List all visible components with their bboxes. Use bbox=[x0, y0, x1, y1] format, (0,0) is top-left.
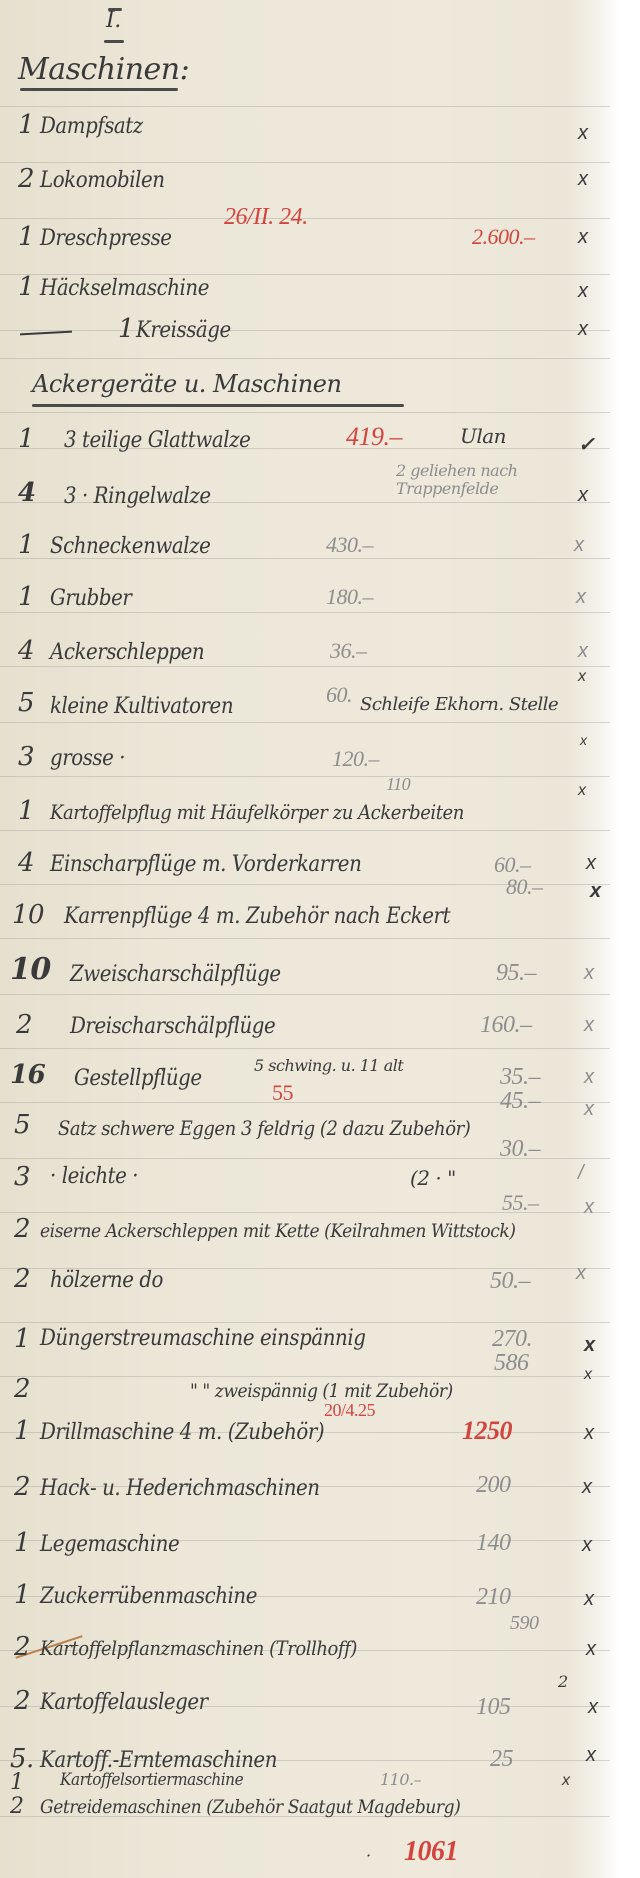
item-description: Kartoffelausleger bbox=[40, 1690, 208, 1715]
item-qty: 1 bbox=[18, 222, 34, 252]
item-description: Ackerschleppen bbox=[50, 640, 204, 665]
item-description: Kartoffelsortiermaschine bbox=[60, 1770, 243, 1790]
item-qty: 2 bbox=[18, 164, 34, 194]
item-qty: 2 bbox=[10, 1794, 24, 1819]
check-mark-icon: x bbox=[582, 1534, 592, 1557]
item-description: Dreischarschälpflüge bbox=[70, 1014, 275, 1039]
item-price: 419.– bbox=[346, 422, 402, 452]
check-mark-icon: x bbox=[574, 534, 584, 557]
item-description: Lokomobilen bbox=[40, 168, 165, 193]
item-date-annotation: 26/II. 24. bbox=[224, 204, 308, 231]
check-mark-icon: x bbox=[588, 1696, 598, 1719]
item-description: Legemaschine bbox=[40, 1532, 179, 1557]
check-mark-icon: x bbox=[578, 782, 586, 800]
item-qty: 4 bbox=[18, 848, 34, 878]
check-mark-icon: x bbox=[578, 318, 588, 341]
item-qty: 1 bbox=[18, 424, 34, 454]
item-price: 210 bbox=[476, 1584, 511, 1611]
check-mark-icon: x bbox=[584, 1588, 594, 1611]
check-mark-icon: / bbox=[578, 1162, 583, 1185]
item-description: · leichte · bbox=[50, 1164, 138, 1189]
check-mark-icon: x bbox=[584, 1422, 594, 1445]
item-description: Grubber bbox=[50, 586, 131, 611]
item-qty: 2 bbox=[14, 1472, 30, 1502]
item-description: " " zweispännig (1 mit Zubehör) bbox=[190, 1380, 453, 1402]
check-mark-icon: x bbox=[578, 122, 588, 145]
item-price: 110 bbox=[386, 774, 410, 795]
check-mark-icon: x bbox=[578, 484, 588, 507]
check-mark-icon: x bbox=[578, 226, 588, 249]
item-price: 110.– bbox=[380, 1770, 421, 1789]
item-qty: 1 bbox=[18, 110, 34, 140]
item-qty: 4 bbox=[18, 636, 34, 666]
item-price: 590 bbox=[510, 1612, 539, 1635]
check-mark-icon: x bbox=[584, 1366, 592, 1384]
item-description: Gestellpflüge bbox=[74, 1066, 202, 1091]
item-description: Kartoffelpflug mit Häufelkörper zu Acker… bbox=[50, 800, 464, 824]
item-price: 2.600.– bbox=[472, 224, 535, 250]
item-qty: 16 bbox=[10, 1060, 45, 1090]
item-description: Kartoffelpflanzmaschinen (Trollhoff) bbox=[40, 1636, 357, 1660]
check-mark-icon: x bbox=[578, 668, 586, 686]
check-mark-icon: x bbox=[576, 1262, 586, 1285]
item-description: Dampfsatz bbox=[40, 114, 143, 139]
page-number: I. bbox=[106, 8, 121, 33]
item-qty: 2 bbox=[16, 1010, 32, 1040]
item-description: Zuckerrübenmaschine bbox=[40, 1584, 257, 1609]
item-description: kleine Kultivatoren bbox=[50, 694, 233, 719]
item-price: 80.– bbox=[506, 874, 543, 900]
check-mark-icon: x bbox=[580, 732, 587, 748]
check-mark-icon: x bbox=[584, 962, 594, 985]
item-price: 120.– bbox=[332, 746, 379, 772]
check-mark-icon: x bbox=[586, 1638, 596, 1661]
check-mark-icon: x bbox=[584, 1098, 594, 1121]
item-annotation: 2 geliehen nach Trappenfelde bbox=[396, 462, 572, 498]
item-date-annotation: 20/4.25 bbox=[324, 1400, 375, 1421]
item-price: 55.– bbox=[502, 1190, 539, 1216]
item-description: Schneckenwalze bbox=[50, 534, 210, 559]
item-price: 30.– bbox=[500, 1136, 540, 1163]
item-description: 3 · Ringelwalze bbox=[64, 484, 211, 509]
item-description: 3 teilige Glattwalze bbox=[64, 428, 250, 453]
item-qty: 10 bbox=[12, 900, 44, 930]
check-mark-icon: x bbox=[584, 1066, 594, 1089]
item-qty: 1 bbox=[14, 1416, 30, 1446]
item-price: 25 bbox=[490, 1746, 513, 1773]
check-mark-icon: x bbox=[584, 1196, 594, 1219]
dot-mark: · bbox=[366, 1846, 371, 1865]
item-price: 35.– bbox=[500, 1064, 540, 1091]
item-price: 270. bbox=[492, 1326, 532, 1353]
item-price: 200 bbox=[476, 1472, 511, 1499]
item-description: Getreidemaschinen (Zubehör Saatgut Magde… bbox=[40, 1796, 460, 1818]
item-qty: 5 bbox=[14, 1110, 30, 1140]
item-qty: 2 bbox=[14, 1686, 30, 1716]
check-mark-icon: x bbox=[578, 168, 588, 191]
item-qty: 1 bbox=[14, 1580, 30, 1610]
item-description: Hack- u. Hederichmaschinen bbox=[40, 1476, 320, 1501]
item-red-annotation: 55 bbox=[272, 1080, 293, 1106]
check-mark-icon: x bbox=[586, 852, 596, 875]
item-qty: 2 bbox=[14, 1214, 30, 1244]
item-description: Karrenpflüge 4 m. Zubehör nach Eckert bbox=[64, 904, 450, 929]
item-description: Zweischarschälpflüge bbox=[70, 962, 281, 987]
item-annotation: Ulan bbox=[460, 424, 506, 448]
item-description: Dreschpresse bbox=[40, 226, 172, 251]
item-qty: 2 bbox=[14, 1632, 30, 1662]
section-heading-machines: Maschinen: bbox=[18, 52, 189, 87]
item-price: 430.– bbox=[326, 532, 373, 558]
item-qty: 4 bbox=[18, 478, 36, 508]
item-annotation: 2 bbox=[558, 1672, 568, 1691]
item-qty: 1 bbox=[18, 796, 34, 826]
item-price: 45.– bbox=[500, 1088, 540, 1115]
item-qty: 3 bbox=[14, 1162, 30, 1192]
check-mark-icon: x bbox=[562, 1772, 570, 1790]
item-annotation: 5 schwing. u. 11 alt bbox=[254, 1056, 403, 1075]
item-description: eiserne Ackerschleppen mit Kette (Keilra… bbox=[40, 1220, 515, 1242]
section-heading-implements: Ackergeräte u. Maschinen bbox=[32, 370, 341, 398]
item-description: Einscharpflüge m. Vorderkarren bbox=[50, 852, 361, 877]
check-mark-icon: x bbox=[578, 640, 588, 663]
item-qty: 1 bbox=[18, 530, 34, 560]
check-mark-icon: x bbox=[586, 1744, 596, 1767]
item-description: Satz schwere Eggen 3 feldrig (2 dazu Zub… bbox=[58, 1116, 470, 1140]
check-mark-icon: ✓ bbox=[578, 432, 594, 457]
check-mark-icon: x bbox=[584, 1334, 595, 1357]
item-price: 160.– bbox=[480, 1012, 532, 1039]
item-qty: 1 bbox=[14, 1324, 30, 1354]
item-price: 140 bbox=[476, 1530, 511, 1557]
strikethrough-mark bbox=[20, 331, 72, 336]
document-page: I. Maschinen: 1 Dampfsatz x 2 Lokomobile… bbox=[0, 0, 618, 1878]
check-mark-icon: x bbox=[582, 1476, 592, 1499]
item-qty: 1 bbox=[10, 1770, 24, 1795]
item-price: 36.– bbox=[330, 638, 367, 664]
item-qty: 1 bbox=[14, 1528, 30, 1558]
item-price: 180.– bbox=[326, 584, 373, 610]
item-qty: 1 bbox=[118, 314, 134, 344]
total-sum: 1061 bbox=[404, 1836, 458, 1868]
check-mark-icon: x bbox=[576, 586, 586, 609]
item-qty: 2 bbox=[14, 1264, 30, 1294]
item-price: 1250 bbox=[462, 1416, 512, 1446]
check-mark-icon: x bbox=[590, 880, 601, 903]
item-qty: 1 bbox=[18, 272, 34, 302]
item-qty: 1 bbox=[18, 582, 34, 612]
item-price: 586 bbox=[494, 1350, 529, 1377]
check-mark-icon: x bbox=[578, 280, 588, 303]
item-price: 95.– bbox=[496, 960, 536, 987]
item-annotation: Schleife Ekhorn. Stelle bbox=[360, 694, 558, 715]
item-qty: 5 bbox=[18, 688, 34, 718]
check-mark-icon: x bbox=[584, 1014, 594, 1037]
item-qty: 3 bbox=[18, 742, 34, 772]
item-description: Düngerstreumaschine einspännig bbox=[40, 1326, 365, 1351]
item-price: 60. bbox=[326, 682, 352, 708]
item-description: Drillmaschine 4 m. (Zubehör) bbox=[40, 1420, 324, 1445]
item-description: grosse · bbox=[50, 746, 125, 771]
item-description: hölzerne do bbox=[50, 1268, 163, 1293]
item-qty: 10 bbox=[10, 952, 51, 987]
item-price: 50.– bbox=[490, 1268, 530, 1295]
item-description: Kreissäge bbox=[136, 318, 231, 343]
item-price: 105 bbox=[476, 1694, 511, 1721]
item-description: Häckselmaschine bbox=[40, 276, 209, 301]
item-qty: 2 bbox=[14, 1374, 30, 1404]
item-annotation: (2 · " bbox=[410, 1166, 456, 1190]
